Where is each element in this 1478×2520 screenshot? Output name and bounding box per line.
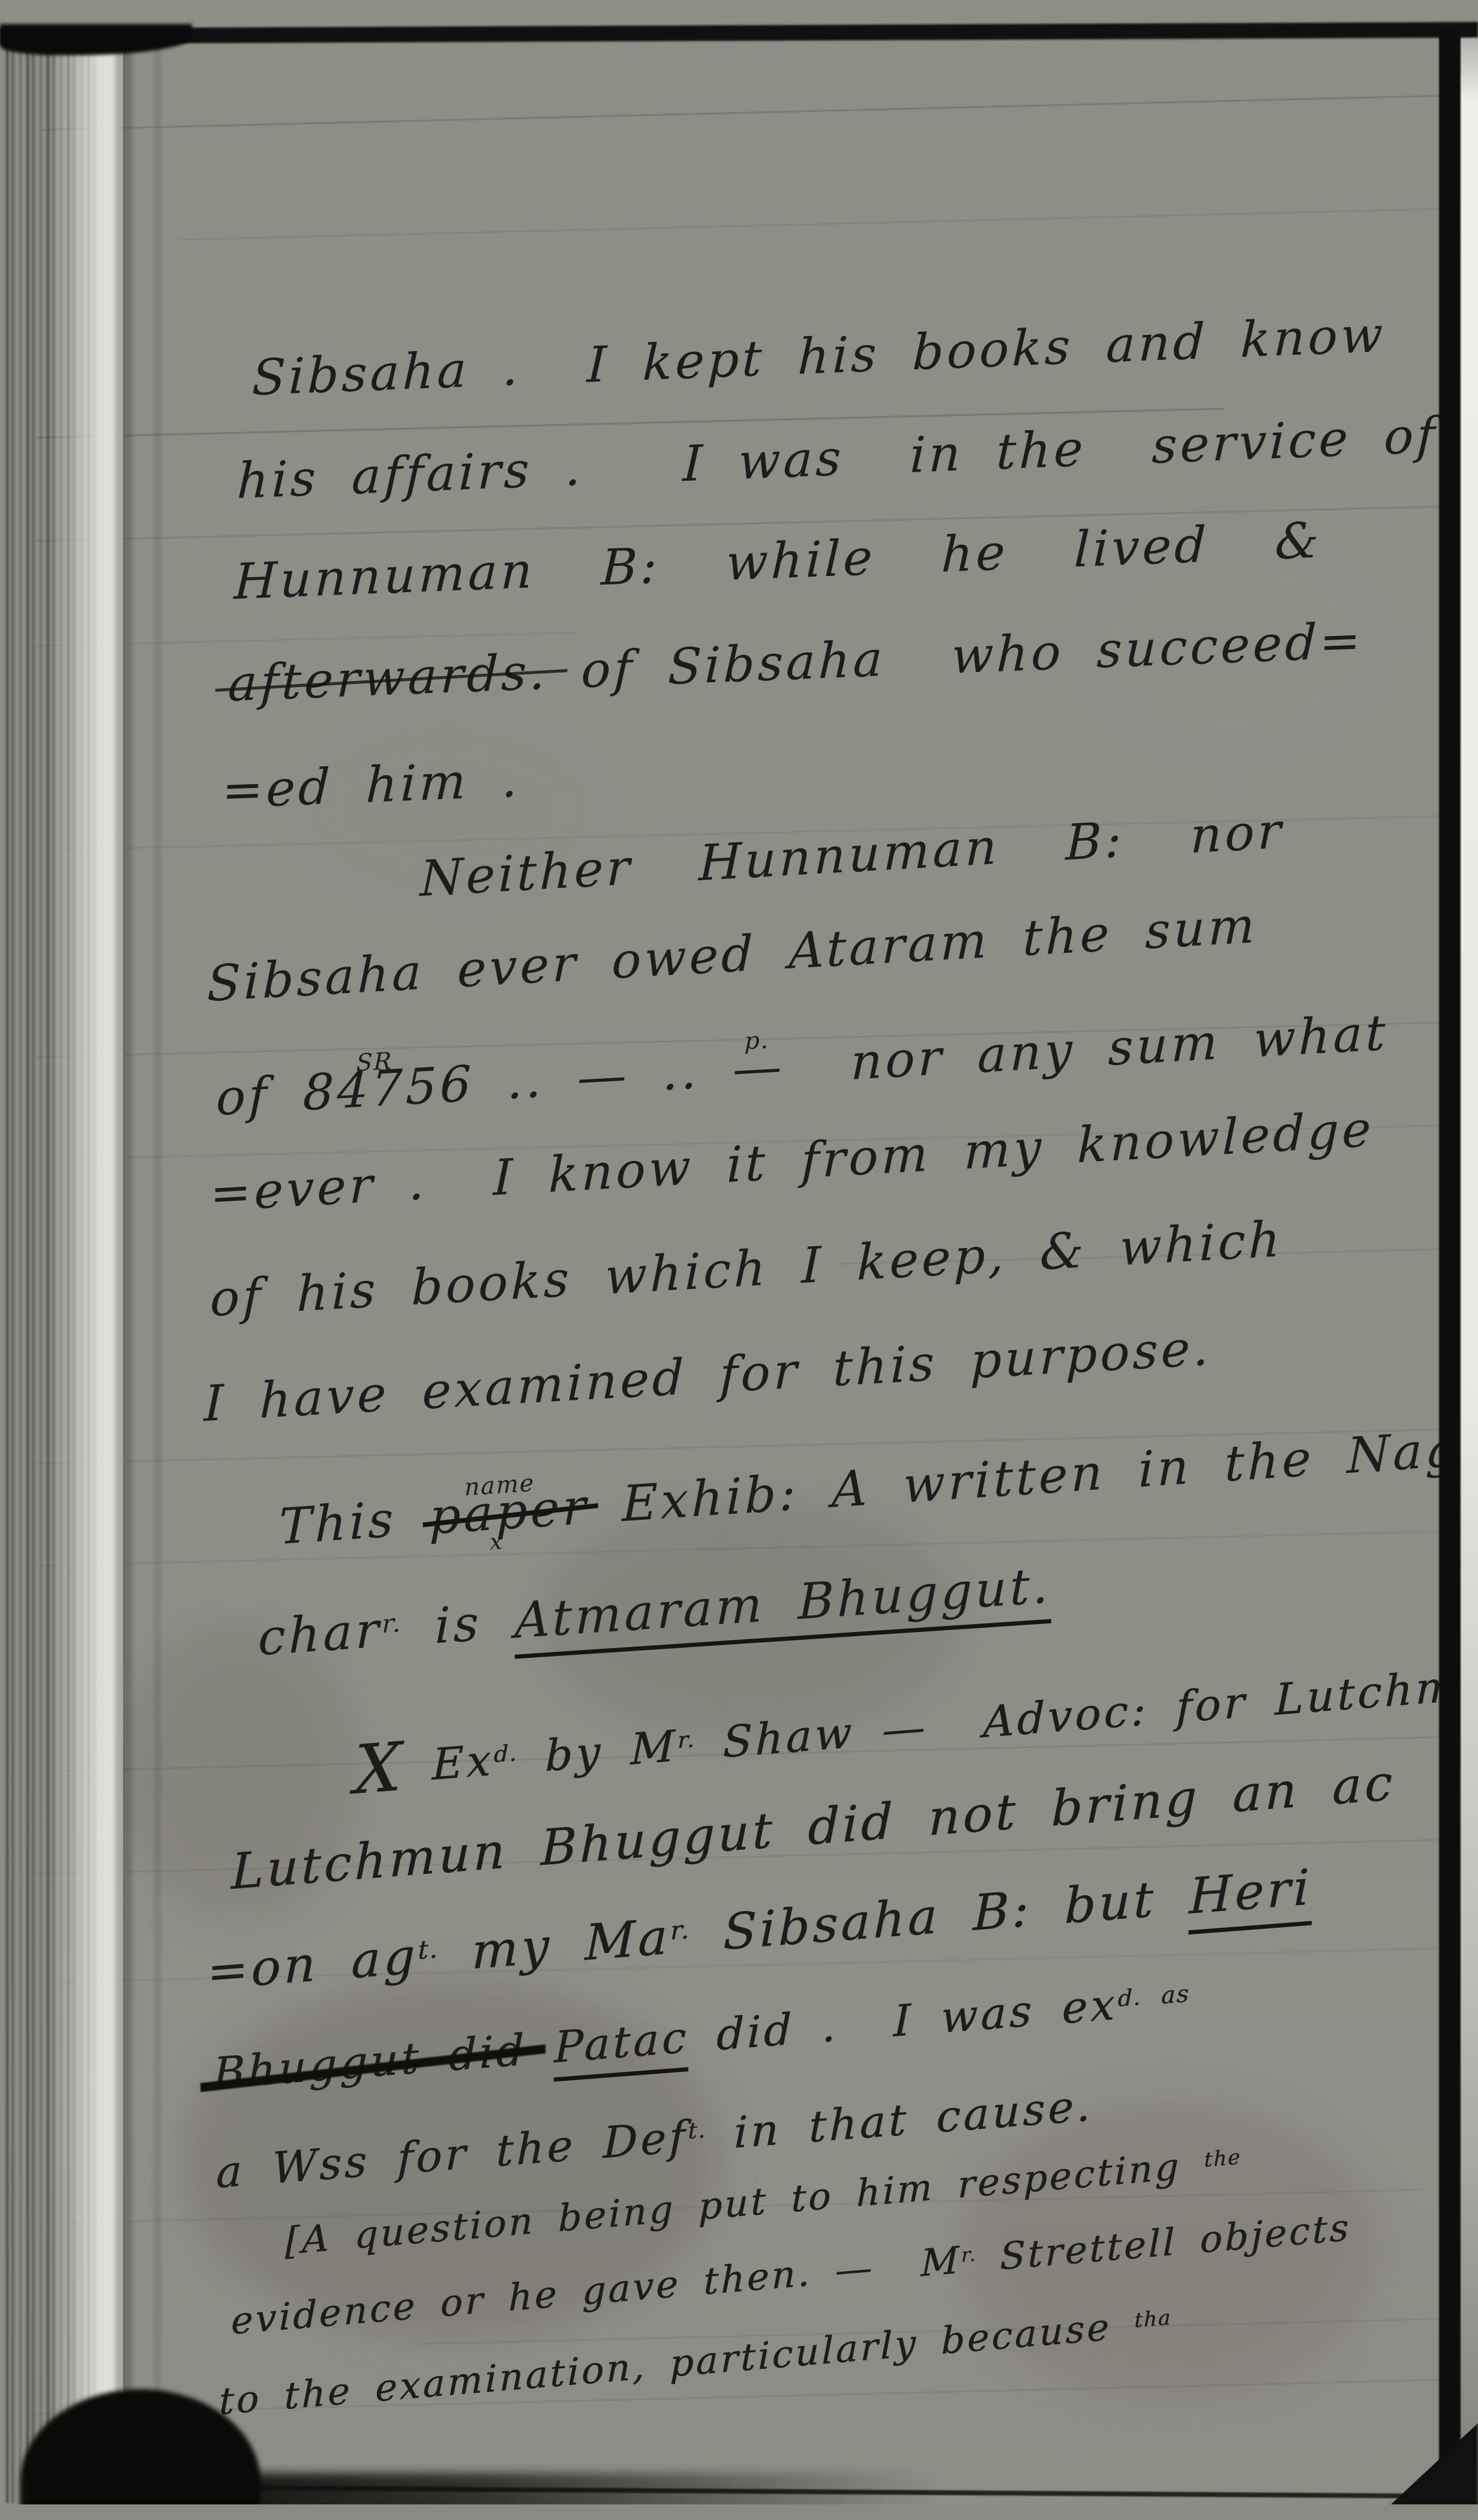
underlined-name: Heri — [1189, 1859, 1312, 1934]
superscript-currency-mark: SR — [356, 1049, 392, 1075]
scanned-manuscript-photo: Sibsaha . I kept his books and know his … — [0, 0, 1478, 2520]
insertion-caret: x — [490, 1531, 505, 1554]
cross-mark: X — [353, 1728, 405, 1810]
page-fold-line — [155, 37, 160, 2503]
bottom-film-edge — [0, 2504, 1478, 2520]
struck-word: paper — [429, 1478, 589, 1546]
page-fold-line — [115, 37, 132, 2503]
underlined-name: Patac — [554, 2012, 689, 2082]
book-spine-fade — [6, 37, 123, 2503]
right-margin-strip — [1459, 0, 1478, 2520]
superscript-p-mark: p. — [744, 1028, 769, 1054]
right-page-edge — [1439, 30, 1461, 2502]
manuscript-line-5: =ed him . — [221, 755, 521, 816]
